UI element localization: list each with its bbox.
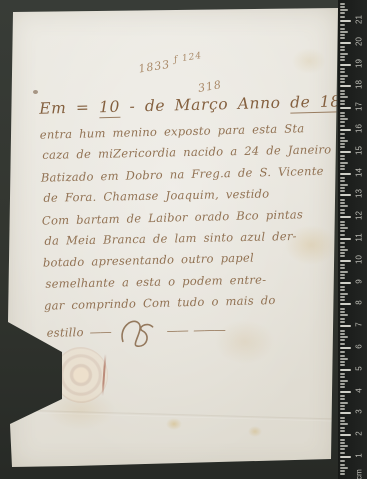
scanned-document-view: 1833 ƒ 124 318 Em = 10 - de Março Anno d…: [0, 0, 367, 479]
ruler-tick: [340, 133, 345, 135]
ruler-tick: [340, 9, 348, 11]
ruler-tick: [340, 473, 345, 475]
ruler-tick: [340, 293, 348, 295]
ruler-tick: [340, 53, 348, 55]
ruler-tick: [340, 37, 345, 39]
ruler-tick: [340, 199, 345, 201]
ruler-tick: [340, 3, 345, 5]
date-line: Em = 10 - de Março Anno de 1819: [39, 92, 339, 117]
ruler-tick: [340, 361, 345, 363]
closing-word: estillo: [46, 322, 83, 344]
ruler-tick: [340, 168, 345, 170]
ruler-number: 11: [355, 230, 364, 246]
ruler-tick: [340, 442, 345, 444]
ruler-tick: [340, 336, 348, 338]
ruler-tick: [340, 271, 348, 273]
ruler-tick: [340, 224, 345, 226]
ruler-tick: [340, 347, 351, 349]
ruler-tick: [340, 274, 345, 276]
ruler-tick: [340, 408, 345, 410]
ruler-tick: [340, 434, 351, 436]
ruler-tick: [340, 383, 345, 385]
ruler-tick: [340, 118, 348, 120]
ruler-number: 15: [355, 142, 364, 158]
signature-flourish-icon: [116, 314, 161, 349]
ruler-tick: [340, 194, 351, 196]
ruler-tick: [340, 398, 345, 400]
ruler-tick: [340, 230, 345, 232]
ruler-tick: [340, 412, 351, 414]
ruler-tick: [340, 333, 345, 335]
paper-stain: [166, 418, 182, 430]
ruler-tick: [340, 129, 351, 131]
ruler-tick: [340, 165, 345, 167]
ruler-tick: [340, 267, 345, 269]
ruler-tick: [340, 264, 345, 266]
ruler-tick: [340, 376, 345, 378]
ruler-tick: [340, 252, 345, 254]
ruler-tick: [340, 103, 345, 105]
ruler-tick: [340, 321, 345, 323]
ruler-tick: [340, 308, 345, 310]
ruler-tick: [340, 140, 348, 142]
ruler-tick: [340, 238, 351, 240]
archival-number-annotation: 318: [197, 78, 223, 95]
ruler-tick: [340, 212, 345, 214]
ruler-tick: [340, 445, 348, 447]
ruler-tick: [340, 255, 345, 257]
ruler-tick: [340, 42, 351, 44]
ruler-tick: [340, 402, 348, 404]
ruler-tick: [340, 330, 345, 332]
ruler-tick: [340, 177, 345, 179]
ruler-tick: [340, 373, 345, 375]
ruler-tick: [340, 78, 345, 80]
ruler-tick: [340, 46, 345, 48]
ruler-tick: [340, 448, 345, 450]
underlined-day: 10: [99, 98, 120, 119]
ruler-number: 1: [355, 448, 364, 464]
ruler-tick: [340, 423, 348, 425]
ruler-tick: [340, 121, 345, 123]
closing-line: estillo —— —— ———: [46, 311, 347, 351]
ruler-number: 16: [355, 121, 364, 137]
ruler-number: 4: [355, 382, 364, 398]
handwritten-text-block: Em = 10 - de Março Anno de 1819 entra hu…: [39, 92, 345, 351]
ruler-tick: [340, 155, 345, 157]
paper-crease: [14, 410, 334, 422]
ruler-unit-label: cm: [355, 467, 364, 479]
ruler-tick: [340, 187, 345, 189]
ruler-tick: [340, 470, 345, 472]
ruler-tick: [340, 358, 348, 360]
ruler-tick: [340, 460, 345, 462]
ruler-number: 18: [355, 77, 364, 93]
ruler-tick: [340, 125, 345, 127]
ruler-tick: [340, 303, 351, 305]
ruler-tick: [340, 28, 345, 30]
ruler-tick: [340, 395, 345, 397]
ruler-tick: [340, 282, 351, 284]
ruler-tick: [340, 420, 345, 422]
ruler-tick: [340, 467, 348, 469]
manuscript-paper: 1833 ƒ 124 318 Em = 10 - de Março Anno d…: [0, 0, 345, 479]
ruler-tick: [340, 209, 345, 211]
ruler-tick: [340, 143, 345, 145]
ruler-tick: [340, 439, 345, 441]
ruler-tick: [340, 184, 348, 186]
ruler-tick: [340, 343, 345, 345]
ruler-tick: [340, 100, 345, 102]
ruler-tick: [340, 190, 345, 192]
ruler-tick: [340, 260, 351, 262]
ruler-tick: [340, 56, 345, 58]
ruler-tick: [340, 242, 345, 244]
ruler-number: 10: [355, 251, 364, 267]
ruler-number: 2: [355, 426, 364, 442]
ruler-number: 7: [355, 317, 364, 333]
ruler-tick: [340, 137, 345, 139]
ruler-number: 14: [355, 164, 364, 180]
ruler: cm 212019181716151413121110987654321: [338, 0, 367, 479]
ruler-tick: [340, 227, 348, 229]
ruler-tick: [340, 68, 345, 70]
ruler-tick: [340, 430, 345, 432]
ruler-tick: [340, 351, 345, 353]
ruler-tick: [340, 325, 351, 327]
ruler-tick: [340, 75, 348, 77]
ruler-tick: [340, 173, 351, 175]
ruler-tick: [340, 314, 348, 316]
ruler-tick: [340, 49, 345, 51]
ruler-tick: [340, 286, 345, 288]
ruler-tick: [340, 246, 345, 248]
ruler-tick: [340, 456, 351, 458]
ruler-number: 19: [355, 55, 364, 71]
annotation-folio: ƒ 124: [173, 51, 203, 65]
ruler-tick: [340, 289, 345, 291]
ruler-tick: [340, 12, 345, 14]
ruler-tick: [340, 216, 351, 218]
ruler-number: 3: [355, 404, 364, 420]
ruler-tick: [340, 380, 348, 382]
ruler-tick: [340, 85, 351, 87]
ruler-tick: [340, 20, 351, 22]
ruler-tick: [340, 355, 345, 357]
ruler-tick: [340, 96, 348, 98]
ruler-tick: [340, 71, 345, 73]
ruler-tick: [340, 452, 345, 454]
ruler-tick: [340, 234, 345, 236]
ruler-tick: [340, 107, 351, 109]
ruler-tick: [340, 364, 345, 366]
ruler-number: 9: [355, 273, 364, 289]
ruler-tick: [340, 202, 345, 204]
paper-stain: [292, 48, 326, 74]
archival-folio-annotation: 1833 ƒ 124: [137, 51, 203, 76]
ruler-tick: [340, 6, 345, 8]
ruler-tick: [340, 464, 345, 466]
ruler-tick: [340, 180, 345, 182]
ruler-number: 5: [355, 360, 364, 376]
paper-stain: [248, 426, 262, 437]
ruler-tick: [340, 369, 351, 371]
ruler-number: 12: [355, 208, 364, 224]
ruler-tick: [340, 112, 345, 114]
ruler-tick: [340, 146, 345, 148]
ruler-tick: [340, 64, 351, 66]
ruler-number: 17: [355, 99, 364, 115]
ruler-tick: [340, 386, 345, 388]
ruler-tick: [340, 59, 345, 61]
ruler-tick: [340, 417, 345, 419]
ruler-number: 6: [355, 339, 364, 355]
ruler-tick: [340, 249, 348, 251]
annotation-year: 1833: [138, 58, 172, 76]
ruler-tick: [340, 405, 345, 407]
ruler-tick: [340, 391, 351, 393]
ruler-tick: [340, 90, 345, 92]
ruler-number: 13: [355, 186, 364, 202]
ruler-tick: [340, 427, 345, 429]
ruler-tick: [340, 339, 345, 341]
ruler-tick: [340, 81, 345, 83]
ruler-tick: [340, 93, 345, 95]
ruler-tick: [340, 205, 348, 207]
ruler-number: 21: [355, 12, 364, 28]
ruler-tick: [340, 24, 345, 26]
ruler-tick: [340, 158, 345, 160]
ruler-tick: [340, 221, 345, 223]
ruler-tick: [340, 151, 351, 153]
ruler-tick: [340, 31, 348, 33]
ruler-number: 8: [355, 295, 364, 311]
ruler-tick: [340, 115, 345, 117]
ruler-tick: [340, 162, 348, 164]
ruler-tick: [340, 299, 345, 301]
ruler-tick: [340, 16, 345, 18]
ruler-number: 20: [355, 33, 364, 49]
ruler-tick: [340, 296, 345, 298]
ruler-tick: [340, 311, 345, 313]
ink-blot: [33, 90, 38, 94]
ruler-tick: [340, 277, 345, 279]
ruler-tick: [340, 34, 345, 36]
ruler-tick: [340, 318, 345, 320]
